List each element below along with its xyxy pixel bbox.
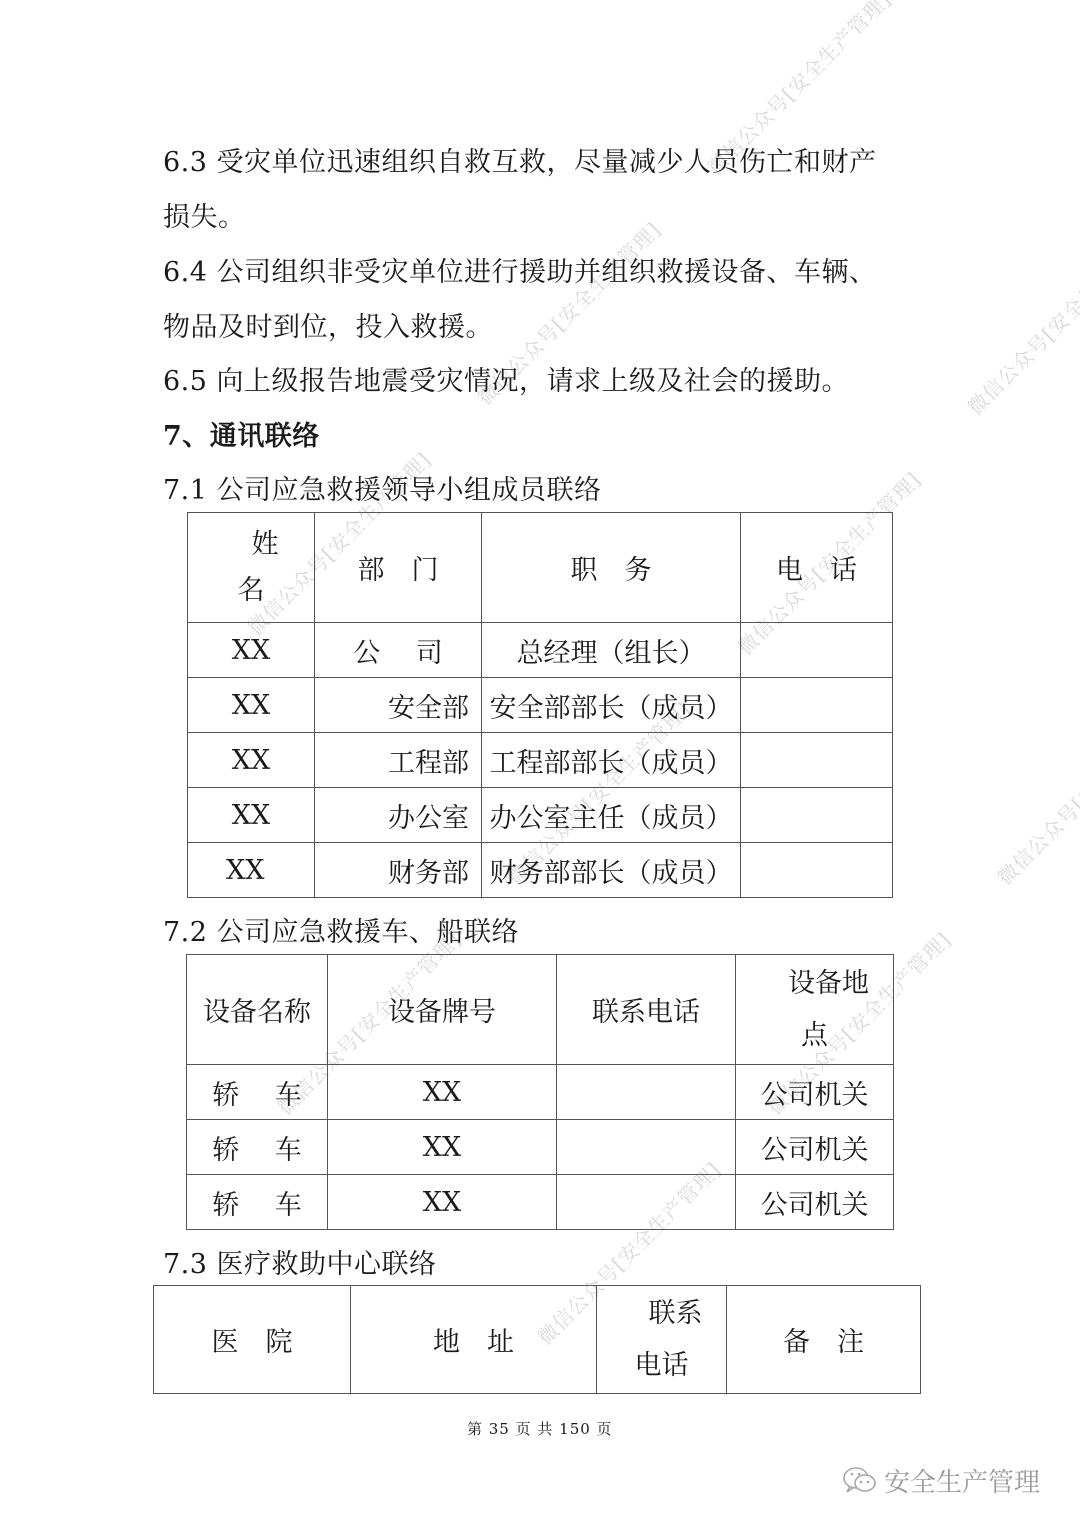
watermark: 微信公众号[安全生产管理] xyxy=(990,694,1080,890)
table-row: 轿 车 XX 公司机关 xyxy=(187,1175,894,1230)
wechat-icon xyxy=(842,1465,878,1497)
section-7-1-heading: 7.1 公司应急救援领导小组成员联络 xyxy=(163,476,602,506)
header-address: 地 址 xyxy=(351,1286,597,1394)
cell-phone xyxy=(741,733,893,788)
cell-plate: XX xyxy=(328,1175,557,1230)
header-location-line1: 设备地 xyxy=(736,958,893,1010)
paragraph-6-5: 6.5 向上级报告地震受灾情况，请求上级及社会的援助。 xyxy=(163,367,849,397)
cell-title: 财务部部长（成员） xyxy=(482,843,741,898)
header-name-line2: 名 xyxy=(188,568,314,614)
header-remarks: 备 注 xyxy=(727,1286,921,1394)
cell-equipment: 轿 车 xyxy=(187,1175,328,1230)
section-7-heading: 7、通讯联络 xyxy=(163,422,320,452)
header-title: 职 务 xyxy=(482,513,741,623)
paragraph-6-4-line2: 物品及时到位，投入救援。 xyxy=(163,313,493,343)
table-header-row: 姓 名 部 门 职 务 电 话 xyxy=(188,513,893,623)
cell-dept: 财务部 xyxy=(315,843,482,898)
cell-title: 工程部部长（成员） xyxy=(482,733,741,788)
cell-phone xyxy=(557,1065,736,1120)
cell-location: 公司机关 xyxy=(736,1175,894,1230)
leadership-contacts-table: 姓 名 部 门 职 务 电 话 XX 公 司 总经理（组长） XX 安全部 安全… xyxy=(187,512,893,898)
table-header-row: 医 院 地 址 联系 电话 备 注 xyxy=(154,1286,921,1394)
cell-name: XX xyxy=(188,623,315,678)
cell-phone xyxy=(741,788,893,843)
header-dept: 部 门 xyxy=(315,513,482,623)
table-row: XX 办公室 办公室主任（成员） xyxy=(188,788,893,843)
brand-label: 安全生产管理 xyxy=(884,1462,1040,1499)
cell-title: 办公室主任（成员） xyxy=(482,788,741,843)
header-name-line1: 姓 xyxy=(188,522,314,568)
header-location-line2: 点 xyxy=(736,1010,893,1062)
cell-name: XX xyxy=(188,788,315,843)
cell-name: XX xyxy=(188,843,315,898)
cell-name: XX xyxy=(188,733,315,788)
cell-phone xyxy=(557,1175,736,1230)
table-row: XX 安全部 安全部部长（成员） xyxy=(188,678,893,733)
medical-contacts-table: 医 院 地 址 联系 电话 备 注 xyxy=(153,1285,921,1394)
cell-equipment: 轿 车 xyxy=(187,1065,328,1120)
cell-location: 公司机关 xyxy=(736,1120,894,1175)
cell-title: 安全部部长（成员） xyxy=(482,678,741,733)
header-phone-line2: 电话 xyxy=(597,1340,726,1392)
cell-dept: 安全部 xyxy=(315,678,482,733)
cell-equipment: 轿 车 xyxy=(187,1120,328,1175)
header-location: 设备地 点 xyxy=(736,955,894,1065)
header-name: 姓 名 xyxy=(188,513,315,623)
section-7-3-heading: 7.3 医疗救助中心联络 xyxy=(163,1250,437,1280)
cell-dept: 公 司 xyxy=(315,623,482,678)
table-row: XX 工程部 工程部部长（成员） xyxy=(188,733,893,788)
header-plate: 设备牌号 xyxy=(328,955,557,1065)
header-hospital: 医 院 xyxy=(154,1286,351,1394)
header-equipment: 设备名称 xyxy=(187,955,328,1065)
table-row: XX 公 司 总经理（组长） xyxy=(188,623,893,678)
page-number: 第 35 页 共 150 页 xyxy=(467,1418,613,1439)
paragraph-6-3-line2: 损失。 xyxy=(163,203,246,233)
header-phone: 联系 电话 xyxy=(597,1286,727,1394)
table-row: 轿 车 XX 公司机关 xyxy=(187,1065,894,1120)
section-7-2-heading: 7.2 公司应急救援车、船联络 xyxy=(163,918,519,948)
cell-location: 公司机关 xyxy=(736,1065,894,1120)
cell-dept: 办公室 xyxy=(315,788,482,843)
cell-name: XX xyxy=(188,678,315,733)
cell-plate: XX xyxy=(328,1065,557,1120)
table-header-row: 设备名称 设备牌号 联系电话 设备地 点 xyxy=(187,955,894,1065)
vehicle-contacts-table: 设备名称 设备牌号 联系电话 设备地 点 轿 车 XX 公司机关 轿 车 XX … xyxy=(186,954,894,1230)
cell-dept: 工程部 xyxy=(315,733,482,788)
header-phone-line1: 联系 xyxy=(597,1288,726,1340)
cell-phone xyxy=(741,678,893,733)
paragraph-6-3-line1: 6.3 受灾单位迅速组织自救互救，尽量减少人员伤亡和财产 xyxy=(163,148,877,178)
header-phone: 电 话 xyxy=(741,513,893,623)
cell-phone xyxy=(741,623,893,678)
header-phone: 联系电话 xyxy=(557,955,736,1065)
table-row: XX 财务部 财务部部长（成员） xyxy=(188,843,893,898)
brand-watermark: 安全生产管理 xyxy=(842,1462,1040,1499)
watermark: 微信公众号[安全生产管理] xyxy=(960,224,1080,420)
cell-phone xyxy=(741,843,893,898)
cell-plate: XX xyxy=(328,1120,557,1175)
table-row: 轿 车 XX 公司机关 xyxy=(187,1120,894,1175)
cell-title: 总经理（组长） xyxy=(482,623,741,678)
paragraph-6-4-line1: 6.4 公司组织非受灾单位进行援助并组织救援设备、车辆、 xyxy=(163,258,877,288)
cell-phone xyxy=(557,1120,736,1175)
